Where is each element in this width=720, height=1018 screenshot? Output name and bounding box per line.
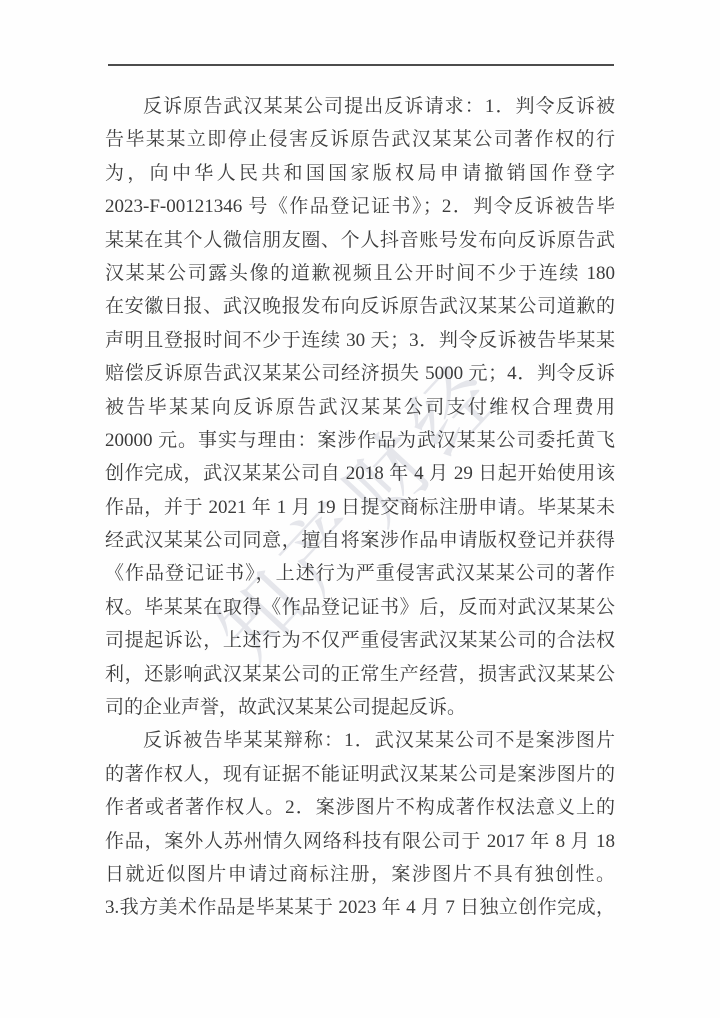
text-line: 作者或者著作权人。2．案涉图片不构成著作权法意义上的 [105,791,615,824]
text-line: 司的企业声誉，故武汉某某公司提起反诉。 [105,691,615,724]
text-line: 的著作权人，现有证据不能证明武汉某某公司是案涉图片的 [105,758,615,791]
text-line: 《作品登记证书》，上述行为严重侵害武汉某某公司的著作 [105,557,615,590]
text-line: 告毕某某立即停止侵害反诉原告武汉某某公司著作权的行 [105,123,615,156]
section-divider [108,64,614,66]
text-line: 某某在其个人微信朋友圈、个人抖音账号发布向反诉原告武 [105,224,615,257]
text-line: 被告毕某某向反诉原告武汉某某公司支付维权合理费用 [105,391,615,424]
text-line: 在安徽日报、武汉晚报发布向反诉原告武汉某某公司道歉的 [105,290,615,323]
text-line: 20000 元。事实与理由：案涉作品为武汉某某公司委托黄飞 [105,424,615,457]
text-line: 声明且登报时间不少于连续 30 天；3．判令反诉被告毕某某 [105,324,615,357]
text-line: 反诉被告毕某某辩称：1．武汉某某公司不是案涉图片 [105,724,615,757]
text-line: 权。毕某某在取得《作品登记证书》后，反而对武汉某某公 [105,591,615,624]
text-line: 3.我方美术作品是毕某某于 2023 年 4 月 7 日独立创作完成， [105,891,615,924]
text-line: 反诉原告武汉某某公司提出反诉请求：1．判令反诉被 [105,90,615,123]
text-line: 作品，案外人苏州情久网络科技有限公司于 2017 年 8 月 18 [105,825,615,858]
text-line: 2023-F-00121346 号《作品登记证书》；2．判令反诉被告毕 [105,190,615,223]
text-line: 创作完成，武汉某某公司自 2018 年 4 月 29 日起开始使用该 [105,457,615,490]
text-line: 司提起诉讼，上述行为不仅严重侵害武汉某某公司的合法权 [105,624,615,657]
text-line: 经武汉某某公司同意，擅自将案涉作品申请版权登记并获得 [105,524,615,557]
text-line: 为，向中华人民共和国国家版权局申请撤销国作登字 [105,157,615,190]
text-line: 赔偿反诉原告武汉某某公司经济损失 5000 元；4．判令反诉 [105,357,615,390]
text-line: 汉某某公司露头像的道歉视频且公开时间不少于连续 180 天， [105,257,615,290]
document-page: 知产财经 反诉原告武汉某某公司提出反诉请求：1．判令反诉被 告毕某某立即停止侵害… [0,0,720,1018]
document-body: 反诉原告武汉某某公司提出反诉请求：1．判令反诉被 告毕某某立即停止侵害反诉原告武… [105,90,615,925]
text-line: 日就近似图片申请过商标注册，案涉图片不具有独创性。 [105,858,615,891]
text-line: 利，还影响武汉某某公司的正常生产经营，损害武汉某某公 [105,658,615,691]
text-line: 作品，并于 2021 年 1 月 19 日提交商标注册申请。毕某某未 [105,491,615,524]
